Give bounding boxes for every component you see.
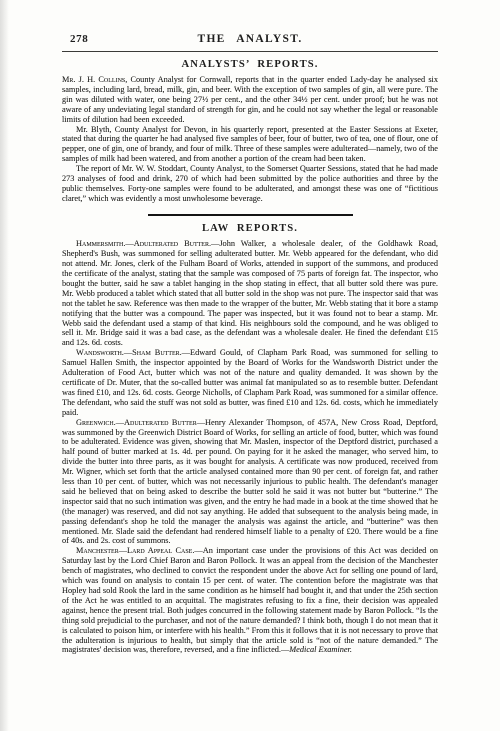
paragraph-hammersmith-case: Hammersmith.—Adulterated Butter.—John Wa… (62, 239, 438, 348)
paragraph-collins-report: Mr. J. H. Collins, County Analyst for Co… (62, 75, 438, 125)
paragraph-lead: Manchester—Lard Appeal Case.— (76, 546, 203, 555)
running-title: THE ANALYST. (62, 33, 438, 45)
paragraph-greenwich-case: Greenwich.—Adulterated Butter—Henry Alex… (62, 418, 438, 547)
paragraph-wandsworth-case: Wandsworth.—Sham Butter.—Edward Gould, o… (62, 348, 438, 417)
paragraph-lead: Mr. J. H. Collins, (62, 75, 127, 84)
page-header: 278 THE ANALYST. (62, 33, 438, 47)
paragraph-body: Edward Gould, of Clapham Park Road, was … (62, 348, 438, 416)
law-reports-heading: LAW REPORTS. (62, 223, 438, 234)
analysts-reports-heading: ANALYSTS’ REPORTS. (62, 59, 438, 70)
paragraph-body: Henry Alexander Thompson, of 457A, New C… (62, 418, 438, 546)
paragraph-body: An important case under the provisions o… (62, 546, 438, 654)
paragraph-body: John Walker, a wholesale dealer, of the … (62, 239, 438, 347)
journal-page: 278 THE ANALYST. ANALYSTS’ REPORTS. Mr. … (0, 0, 500, 731)
paragraph-lead: Greenwich.—Adulterated Butter— (76, 418, 205, 427)
paragraph-manchester-case: Manchester—Lard Appeal Case.—An importan… (62, 546, 438, 655)
header-rule (62, 51, 438, 52)
section-divider-rule (148, 214, 353, 217)
paragraph-blyth-report: Mr. Blyth, County Analyst for Devon, in … (62, 125, 438, 165)
paragraph-lead: Wandsworth.—Sham Butter.— (76, 348, 190, 357)
paragraph-stoddart-report: The report of Mr. W. W. Stoddart, County… (62, 164, 438, 204)
source-attribution: Medical Examiner. (289, 645, 352, 654)
paragraph-lead: Hammersmith.—Adulterated Butter.— (76, 239, 219, 248)
scan-edge-shadow (0, 0, 9, 731)
